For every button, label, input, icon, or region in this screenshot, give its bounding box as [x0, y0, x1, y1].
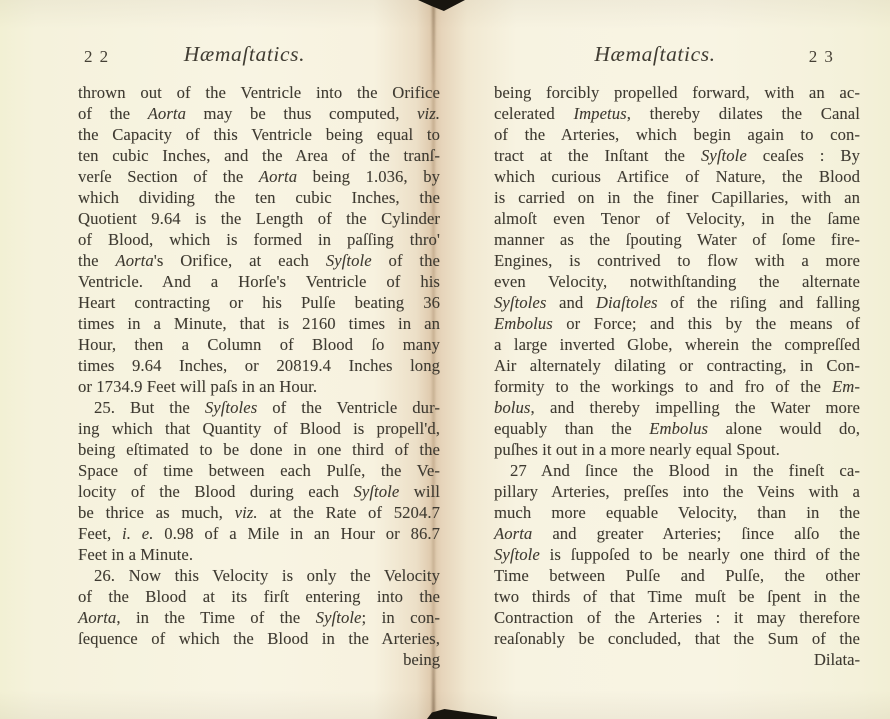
text-line: reaſonably be concluded, that the Sum of…: [494, 628, 860, 649]
right-page-lines: being forcibly propelled forward, with a…: [494, 82, 860, 649]
text-line: a large inverted Globe, wherein the comp…: [494, 334, 860, 355]
text-line: of the Blood at its firſt entering into …: [78, 586, 440, 607]
left-page-lines: thrown out of the Ventricle into the Ori…: [78, 82, 440, 649]
text-line: 27 And ſince the Blood in the fineſt ca-: [494, 460, 860, 481]
text-line: Syſtole is ſuppoſed to be nearly one thi…: [494, 544, 860, 565]
text-line: which dividing the ten cubic Inches, the: [78, 187, 440, 208]
left-running-title: Hæmaſtatics.: [184, 42, 305, 67]
left-catchword: being: [78, 649, 440, 670]
text-line: thrown out of the Ventricle into the Ori…: [78, 82, 440, 103]
right-page-number: 23: [809, 47, 840, 67]
text-line: Hour, then a Column of Blood ſo many: [78, 334, 440, 355]
text-line: puſhes it out in a more nearly equal Spo…: [494, 439, 860, 460]
right-running-title: Hæmaſtatics.: [594, 42, 715, 67]
text-line: much more equable Velocity, than in the: [494, 502, 860, 523]
text-line: locity of the Blood during each Syſtole …: [78, 481, 440, 502]
left-page-header: 22 Hæmaſtatics.: [78, 44, 440, 70]
text-line: manner as the ſpouting Water of ſome fir…: [494, 229, 860, 250]
text-line: even Velocity, notwithſtanding the alter…: [494, 271, 860, 292]
text-line: Air alternately dilating or contracting,…: [494, 355, 860, 376]
text-line: Engines, is contrived to flow with a mor…: [494, 250, 860, 271]
right-page: Hæmaſtatics. 23 being forcibly propelled…: [494, 44, 860, 670]
text-line: of the Arteries, which begin again to co…: [494, 124, 860, 145]
text-line: of Blood, which is formed in paſſing thr…: [78, 229, 440, 250]
text-line: Ventricle. And a Horſe's Ventricle of hi…: [78, 271, 440, 292]
text-line: 25. But the Syſtoles of the Ventricle du…: [78, 397, 440, 418]
text-line: or 1734.9 Feet will paſs in an Hour.: [78, 376, 440, 397]
text-line: pillary Arteries, preſſes into the Veins…: [494, 481, 860, 502]
text-line: tract at the Inſtant the Syſtole ceaſes …: [494, 145, 860, 166]
right-page-header: Hæmaſtatics. 23: [494, 44, 860, 70]
text-line: being forcibly propelled forward, with a…: [494, 82, 860, 103]
text-line: ten cubic Inches, and the Area of the tr…: [78, 145, 440, 166]
text-line: Aorta, in the Time of the Syſtole; in co…: [78, 607, 440, 628]
text-line: Feet, i. e. 0.98 of a Mile in an Hour or…: [78, 523, 440, 544]
text-line: being eſtimated to be done in one third …: [78, 439, 440, 460]
text-line: Aorta and greater Arteries; ſince alſo t…: [494, 523, 860, 544]
text-line: Syſtoles and Diaſtoles of the riſing and…: [494, 292, 860, 313]
text-line: formity to the workings to and fro of th…: [494, 376, 860, 397]
text-line: ſequence of which the Blood in the Arter…: [78, 628, 440, 649]
text-line: Heart contracting or his Pulſe beating 3…: [78, 292, 440, 313]
left-page-number: 22: [84, 47, 115, 67]
text-line: times in a Minute, that is 2160 times in…: [78, 313, 440, 334]
text-line: Contraction of the Arteries : it may the…: [494, 607, 860, 628]
text-line: Quotient 9.64 is the Length of the Cylin…: [78, 208, 440, 229]
text-line: 26. Now this Velocity is only the Veloci…: [78, 565, 440, 586]
text-line: of the Aorta may be thus computed, viz.: [78, 103, 440, 124]
text-line: is carried on in the finer Capillaries, …: [494, 187, 860, 208]
text-line: almoſt even Tenor of Velocity, in the ſa…: [494, 208, 860, 229]
text-line: the Capacity of this Ventricle being equ…: [78, 124, 440, 145]
text-line: times 9.64 Inches, or 20819.4 Inches lon…: [78, 355, 440, 376]
text-line: Feet in a Minute.: [78, 544, 440, 565]
text-line: celerated Impetus, thereby dilates the C…: [494, 103, 860, 124]
book-spread: 22 Hæmaſtatics. thrown out of the Ventri…: [0, 0, 890, 719]
text-line: Time between Pulſe and Pulſe, the other: [494, 565, 860, 586]
binding-bottom: [427, 709, 497, 719]
right-catchword: Dilata-: [494, 649, 860, 670]
binding-top: [417, 0, 465, 11]
text-line: bolus, and thereby impelling the Water m…: [494, 397, 860, 418]
text-line: two thirds of that Time muſt be ſpent in…: [494, 586, 860, 607]
text-line: which curious Artifice of Nature, the Bl…: [494, 166, 860, 187]
text-line: equably than the Embolus alone would do,: [494, 418, 860, 439]
text-line: verſe Section of the Aorta being 1.036, …: [78, 166, 440, 187]
text-line: Space of time between each Pulſe, the Ve…: [78, 460, 440, 481]
left-page: 22 Hæmaſtatics. thrown out of the Ventri…: [78, 44, 440, 670]
text-line: ing which that Quantity of Blood is prop…: [78, 418, 440, 439]
text-line: be thrice as much, viz. at the Rate of 5…: [78, 502, 440, 523]
text-line: the Aorta's Orifice, at each Syſtole of …: [78, 250, 440, 271]
text-line: Embolus or Force; and this by the means …: [494, 313, 860, 334]
